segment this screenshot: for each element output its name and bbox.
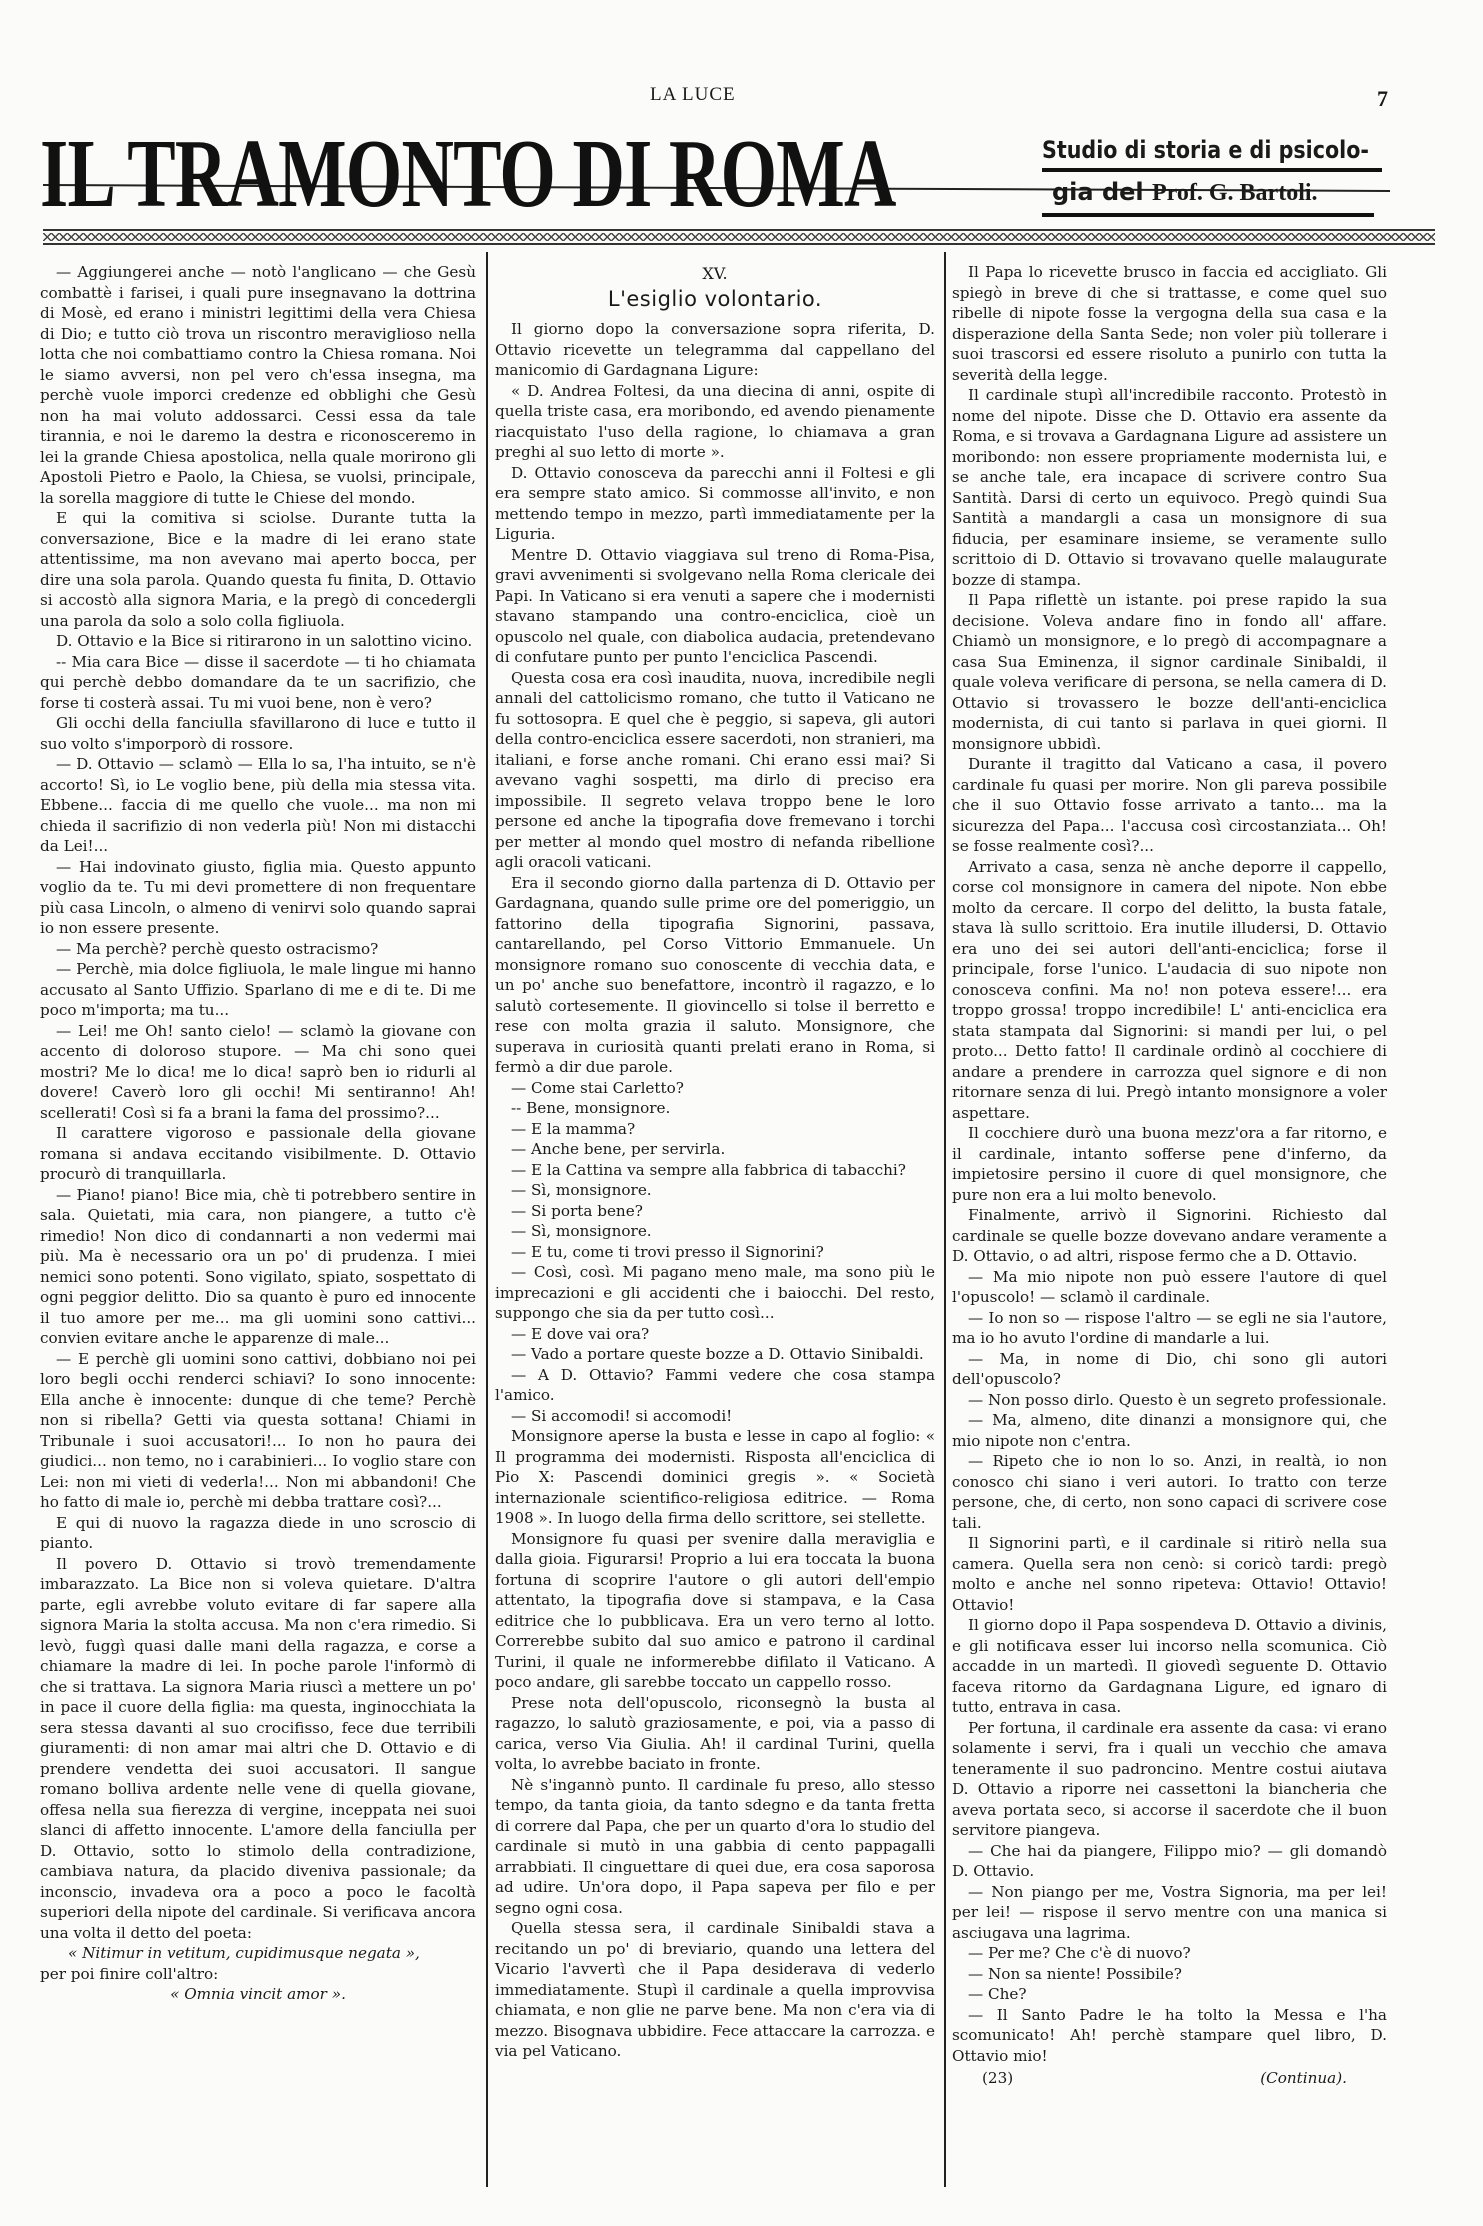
paragraph: — D. Ottavio — sclamò — Ella lo sa, l'ha… bbox=[40, 754, 476, 857]
column-divider-left bbox=[486, 252, 488, 2187]
zigzag-pattern bbox=[43, 233, 1435, 241]
paragraph: Nè s'ingannò punto. Il cardinale fu pres… bbox=[495, 1775, 935, 1919]
publication-title: LA LUCE bbox=[650, 84, 736, 106]
subtitle-line-1: Studio di storia e di psicolo- bbox=[1042, 136, 1343, 164]
column-right: Il Papa lo ricevette brusco in faccia ed… bbox=[952, 262, 1387, 2089]
decorative-zigzag-rule bbox=[43, 228, 1435, 246]
chapter-number: XV. bbox=[495, 264, 935, 285]
subtitle-line-2: gia del Prof. G. Bartoli. bbox=[1052, 178, 1392, 207]
dialogue-line: — Vado a portare queste bozze a D. Ottav… bbox=[495, 1344, 935, 1365]
article-masthead: IL TRAMONTO DI ROMA Studio di storia e d… bbox=[40, 128, 1450, 228]
author-name: Prof. G. Bartoli. bbox=[1152, 180, 1318, 206]
paragraph: D. Ottavio conosceva da parecchi anni il… bbox=[495, 463, 935, 545]
paragraph: Gli occhi della fanciulla sfavillarono d… bbox=[40, 713, 476, 754]
paragraph: Arrivato a casa, senza nè anche deporre … bbox=[952, 857, 1387, 1124]
dialogue-line: — E dove vai ora? bbox=[495, 1324, 935, 1345]
paragraph: Per fortuna, il cardinale era assente da… bbox=[952, 1718, 1387, 1841]
dialogue-line: — Per me? Che c'è di nuovo? bbox=[952, 1943, 1387, 1964]
paragraph: — Lei! me Oh! santo cielo! — sclamò la g… bbox=[40, 1021, 476, 1124]
column-middle: XV. L'esiglio volontario. Il giorno dopo… bbox=[495, 262, 935, 2062]
article-subtitle: Studio di storia e di psicolo- gia del P… bbox=[1042, 136, 1392, 217]
installment-number: (23) bbox=[982, 2068, 1013, 2089]
paragraph: « D. Andrea Foltesi, da una diecina di a… bbox=[495, 381, 935, 463]
dialogue-line: — E tu, come ti trovi presso il Signorin… bbox=[495, 1242, 935, 1263]
dialogue-line: — Che? bbox=[952, 1984, 1387, 2005]
dialogue-line: — Non sa niente! Possibile? bbox=[952, 1964, 1387, 1985]
dialogue-line: — Non posso dirlo. Questo è un segreto p… bbox=[952, 1390, 1387, 1411]
dialogue-line: — Non piango per me, Vostra Signoria, ma… bbox=[952, 1882, 1387, 1944]
paragraph: Monsignore aperse la busta e lesse in ca… bbox=[495, 1426, 935, 1529]
dialogue-line: — Si porta bene? bbox=[495, 1201, 935, 1222]
dialogue-line: — Io non so — rispose l'altro — se egli … bbox=[952, 1308, 1387, 1349]
chapter-title: L'esiglio volontario. bbox=[495, 289, 935, 310]
paragraph: — E perchè gli uomini sono cattivi, dobb… bbox=[40, 1349, 476, 1513]
paragraph: D. Ottavio e la Bice si ritirarono in un… bbox=[40, 631, 476, 652]
paragraph: — Piano! piano! Bice mia, chè ti potrebb… bbox=[40, 1185, 476, 1349]
rule-bottom bbox=[43, 243, 1435, 245]
dialogue-line: — Ripeto che io non lo so. Anzi, in real… bbox=[952, 1451, 1387, 1533]
page-number: 7 bbox=[1377, 86, 1388, 112]
subtitle-rule bbox=[1042, 168, 1382, 172]
column-divider-right bbox=[944, 252, 946, 2187]
paragraph: — Aggiungerei anche — notò l'anglicano —… bbox=[40, 262, 476, 508]
running-header: LA LUCE 7 bbox=[0, 84, 1483, 112]
rule-top bbox=[43, 229, 1435, 231]
dialogue-line: — Che hai da piangere, Filippo mio? — gl… bbox=[952, 1841, 1387, 1882]
paragraph: Era il secondo giorno dalla partenza di … bbox=[495, 873, 935, 1078]
subtitle-prefix: gia del bbox=[1052, 178, 1152, 206]
column-left: — Aggiungerei anche — notò l'anglicano —… bbox=[40, 262, 476, 2005]
paragraph: Durante il tragitto dal Vaticano a casa,… bbox=[952, 754, 1387, 857]
paragraph: Il giorno dopo la conversazione sopra ri… bbox=[495, 319, 935, 381]
dialogue-line: — Sì, monsignore. bbox=[495, 1180, 935, 1201]
paragraph: Mentre D. Ottavio viaggiava sul treno di… bbox=[495, 545, 935, 668]
paragraph: Il cocchiere durò una buona mezz'ora a f… bbox=[952, 1123, 1387, 1205]
paragraph: E qui di nuovo la ragazza diede in uno s… bbox=[40, 1513, 476, 1554]
paragraph: Quella stessa sera, il cardinale Sinibal… bbox=[495, 1918, 935, 2062]
dialogue-line: — Ma, almeno, dite dinanzi a monsignore … bbox=[952, 1410, 1387, 1451]
paragraph: Il cardinale stupì all'incredibile racco… bbox=[952, 385, 1387, 590]
latin-quote: « Omnia vincit amor ». bbox=[40, 1984, 476, 2005]
paragraph: Prese nota dell'opuscolo, riconsegnò la … bbox=[495, 1693, 935, 1775]
dialogue-line: -- Bene, monsignore. bbox=[495, 1098, 935, 1119]
paragraph: — Hai indovinato giusto, figlia mia. Que… bbox=[40, 857, 476, 939]
paragraph: per poi finire coll'altro: bbox=[40, 1964, 476, 1985]
paragraph: Il carattere vigoroso e passionale della… bbox=[40, 1123, 476, 1185]
dialogue-line: — Sì, monsignore. bbox=[495, 1221, 935, 1242]
paragraph: Il Signorini partì, e il cardinale si ri… bbox=[952, 1533, 1387, 1615]
dialogue-line: — Ma, in nome di Dio, chi sono gli autor… bbox=[952, 1349, 1387, 1390]
paragraph: Monsignore fu quasi per svenire dalla me… bbox=[495, 1529, 935, 1693]
paragraph: -- Mia cara Bice — disse il sacerdote — … bbox=[40, 652, 476, 714]
paragraph: — Perchè, mia dolce figliuola, le male l… bbox=[40, 959, 476, 1021]
dialogue-line: — Si accomodi! si accomodi! bbox=[495, 1406, 935, 1427]
paragraph: Il Papa lo ricevette brusco in faccia ed… bbox=[952, 262, 1387, 385]
latin-quote: « Nitimur in vetitum, cupidimusque negat… bbox=[40, 1943, 476, 1964]
dialogue-line: — Così, così. Mi pagano meno male, ma so… bbox=[495, 1262, 935, 1324]
dialogue-line: — Anche bene, per servirla. bbox=[495, 1139, 935, 1160]
continued-note: (Continua). bbox=[1260, 2068, 1347, 2089]
paragraph: Il povero D. Ottavio si trovò tremendame… bbox=[40, 1554, 476, 1944]
paragraph: — Ma perchè? perchè questo ostracismo? bbox=[40, 939, 476, 960]
paragraph: Il giorno dopo il Papa sospendeva D. Ott… bbox=[952, 1615, 1387, 1718]
article-title: IL TRAMONTO DI ROMA bbox=[40, 128, 896, 220]
dialogue-line: — Ma mio nipote non può essere l'autore … bbox=[952, 1267, 1387, 1308]
paragraph: Finalmente, arrivò il Signorini. Richies… bbox=[952, 1205, 1387, 1267]
subtitle-rule bbox=[1042, 213, 1374, 217]
dialogue-line: — Il Santo Padre le ha tolto la Messa e … bbox=[952, 2005, 1387, 2067]
installment-footer: (23) (Continua). bbox=[952, 2066, 1387, 2089]
dialogue-line: — E la Cattina va sempre alla fabbrica d… bbox=[495, 1160, 935, 1181]
paragraph: Il Papa riflettè un istante. poi prese r… bbox=[952, 590, 1387, 754]
dialogue-line: — A D. Ottavio? Fammi vedere che cosa st… bbox=[495, 1365, 935, 1406]
paragraph: E qui la comitiva si sciolse. Durante tu… bbox=[40, 508, 476, 631]
dialogue-line: — Come stai Carletto? bbox=[495, 1078, 935, 1099]
paragraph: Questa cosa era così inaudita, nuova, in… bbox=[495, 668, 935, 873]
dialogue-line: — E la mamma? bbox=[495, 1119, 935, 1140]
